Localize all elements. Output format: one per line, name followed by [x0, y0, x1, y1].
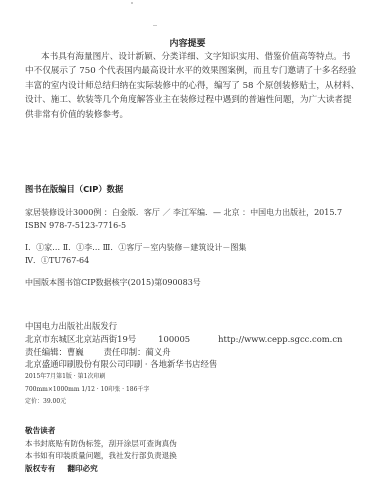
postcode: 100005 — [158, 334, 190, 344]
summary-line: 丰富的室内设计师总结归纳在实际装修中的心得，编写了 58 个原创装修贴士，从材料… — [25, 79, 355, 93]
cip-classification: Ⅰ．①家… Ⅱ．①李… Ⅲ．①客厅－室内装修－建筑设计－图集 Ⅳ．①TU767-… — [25, 241, 246, 267]
price: 定价：39.00元 — [25, 396, 342, 409]
cip-record: 家居装修设计3000例 ：白金版．客厅 ／ 李江军编．— 北京 ：中国电力出版社… — [25, 206, 342, 232]
publication-info: 中国电力出版社出版发行 北京市东城区北京站西街19号100005http://w… — [25, 320, 342, 409]
summary-body: 本书具有海量图片、设计新颖、分类详细、文字知识实用、借鉴价值高等特点。书 中不仅… — [25, 50, 355, 122]
copyright: 版权专有 — [25, 464, 55, 473]
summary-title: 内容提要 — [0, 36, 375, 49]
cip-data-number: 中国版本图书馆CIP数据核字(2015)第090083号 — [25, 276, 201, 289]
address-row: 北京市东城区北京站西街19号100005http://www.cepp.sgcc… — [25, 333, 342, 346]
notice-line: 本书如有印装质量问题，我社发行部负责退换 — [25, 450, 177, 463]
summary-line: 设计、施工、软装等几个角度解答业主在装修过程中遇到的普遍性问题，为广大读者提 — [25, 93, 355, 107]
summary-line: 本书具有海量图片、设计新颖、分类详细、文字知识实用、借鉴价值高等特点。书 — [25, 50, 355, 64]
responsible-editor: 责任编辑：曹巍 — [25, 347, 84, 357]
cip-class-line: Ⅳ．①TU767-64 — [25, 254, 246, 267]
printer: 北京盛通印刷股份有限公司印刷 · 各地新华书店经售 — [25, 358, 342, 371]
cip-data-number-text: 中国版本图书馆CIP数据核字(2015)第090083号 — [25, 276, 201, 289]
cip-class-line: Ⅰ．①家… Ⅱ．①李… Ⅲ．①客厅－室内装修－建筑设计－图集 — [25, 241, 246, 254]
notice-heading: 敬告读者 — [25, 425, 177, 438]
summary-line: 中不仅展示了 750 个代表国内最高设计水平的效果图案例，而且专门邀请了十多名经… — [25, 64, 355, 78]
cip-heading: 图书在版编目（CIP）数据 — [25, 183, 123, 195]
cip-title-line: 家居装修设计3000例 ：白金版．客厅 ／ 李江军编．— 北京 ：中国电力出版社… — [25, 206, 342, 219]
summary-line: 供非常有价值的装修参考。 — [25, 108, 355, 122]
address: 北京市东城区北京站西街19号 — [25, 334, 136, 344]
editors-row: 责任编辑：曹巍责任印制：蔺义舟 — [25, 346, 342, 359]
format: 700mm×1000mm 1/12 · 10印张 · 186千字 — [25, 384, 342, 397]
reader-notice: 敬告读者 本书封底贴有防伪标签，刮开涂层可查询真伪 本书如有印装质量问题，我社发… — [25, 425, 177, 475]
scan-speck — [153, 25, 157, 26]
notice-line: 本书封底贴有防伪标签，刮开涂层可查询真伪 — [25, 438, 177, 451]
website: http://www.cepp.sgcc.com.cn — [218, 334, 342, 344]
scan-speck — [131, 2, 133, 4]
publisher: 中国电力出版社出版发行 — [25, 320, 342, 333]
printing-supervisor: 责任印制：蔺义舟 — [104, 347, 171, 357]
cip-isbn: ISBN 978-7-5123-7716-5 — [25, 219, 342, 232]
copyright-row: 版权专有翻印必究 — [25, 463, 177, 476]
no-reprint: 翻印必究 — [67, 464, 97, 473]
edition: 2015年7月第1版 · 第1次印刷 — [25, 371, 342, 384]
